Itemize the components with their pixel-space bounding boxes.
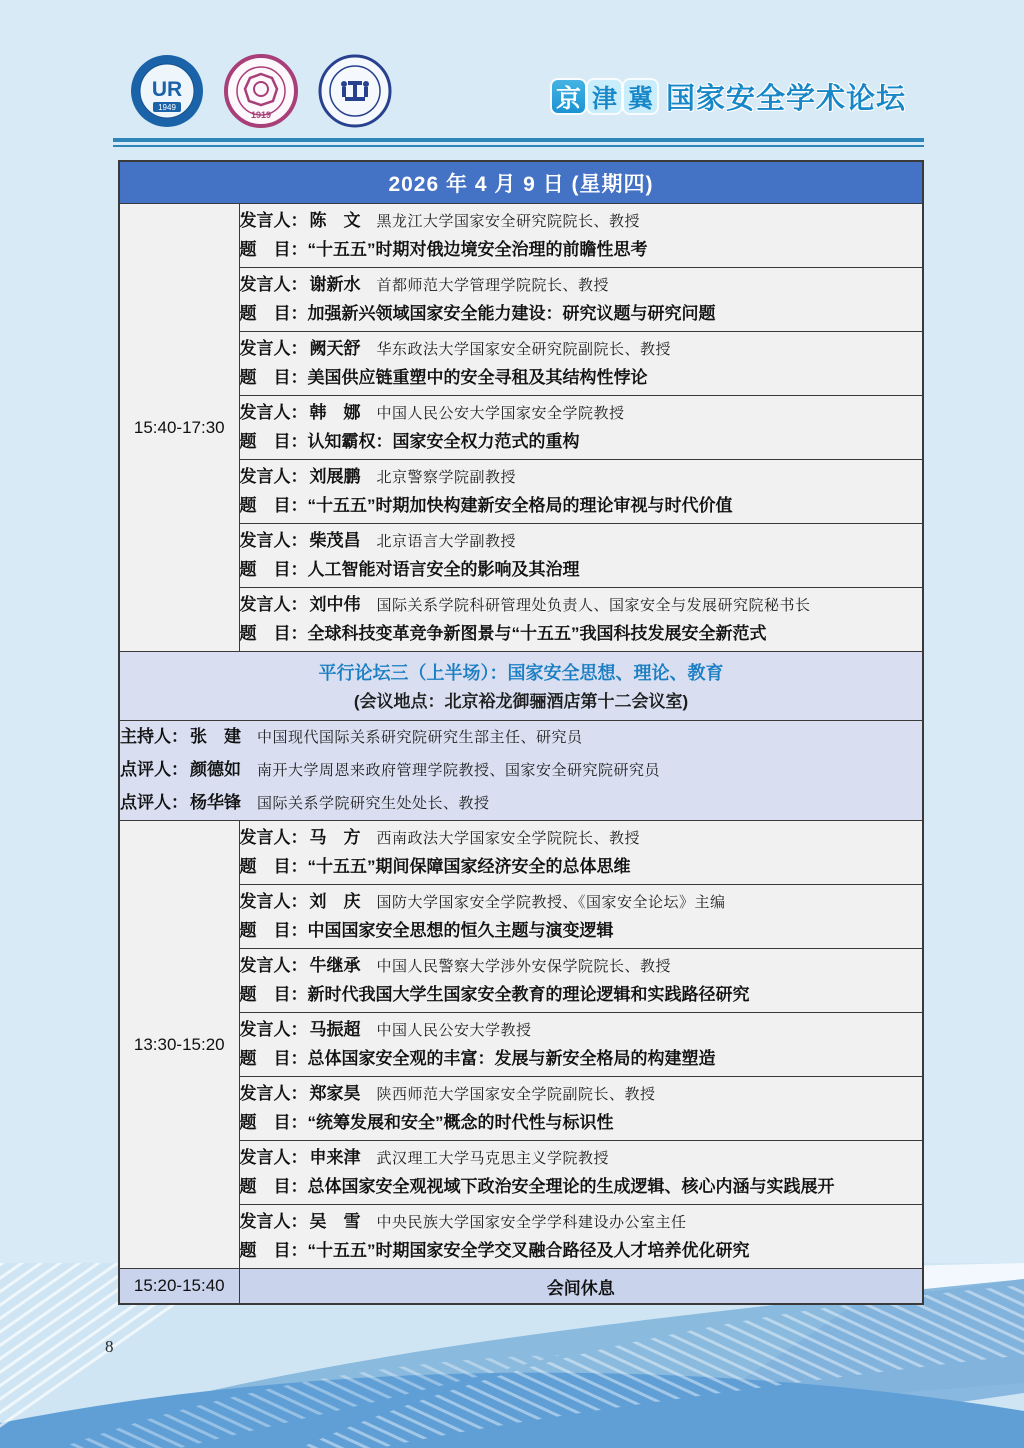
page-number: 8 bbox=[105, 1337, 114, 1357]
speaker-label: 发言人： bbox=[240, 1148, 308, 1167]
hebut-logo bbox=[318, 54, 392, 128]
topic-line: 题 目：总体国家安全观视域下政治安全理论的生成逻辑、核心内涵与实践展开 bbox=[240, 1173, 923, 1201]
speaker-line: 发言人：吴 雪中央民族大学国家安全学学科建设办公室主任 bbox=[240, 1208, 923, 1237]
forum-header-row: 平行论坛三（上半场）：国家安全思想、理论、教育(会议地点：北京裕龙御骊酒店第十二… bbox=[119, 652, 923, 721]
speaker-line: 发言人：刘中伟国际关系学院科研管理处负责人、国家安全与发展研究院秘书长 bbox=[240, 591, 923, 620]
talk-row: 发言人：吴 雪中央民族大学国家安全学学科建设办公室主任题 目：“十五五”时期国家… bbox=[119, 1205, 923, 1269]
speaker-affiliation: 华东政法大学国家安全研究院副院长、教授 bbox=[377, 342, 672, 358]
panel-affiliation: 南开大学周恩来政府管理学院教授、国家安全研究院研究员 bbox=[257, 763, 660, 779]
panel-role-label: 点评人： bbox=[120, 760, 188, 779]
forum-header-title: 平行论坛三（上半场）：国家安全思想、理论、教育 bbox=[120, 658, 922, 688]
topic-label: 题 目： bbox=[240, 368, 308, 387]
talk-row: 发言人：申来津武汉理工大学马克思主义学院教授题 目：总体国家安全观视域下政治安全… bbox=[119, 1141, 923, 1205]
talk-cell: 发言人：阙天舒华东政法大学国家安全研究院副院长、教授题 目：美国供应链重塑中的安… bbox=[239, 332, 923, 396]
topic-label: 题 目： bbox=[240, 921, 308, 940]
talk-row: 15:40-17:30发言人：陈 文黑龙江大学国家安全研究院院长、教授题 目：“… bbox=[119, 204, 923, 268]
topic-text: “十五五”时期加快构建新安全格局的理论审视与时代价值 bbox=[308, 496, 733, 515]
logo-strip: UR 1949 1919 bbox=[130, 54, 392, 128]
talk-cell: 发言人：陈 文黑龙江大学国家安全研究院院长、教授题 目：“十五五”时期对俄边境安… bbox=[239, 204, 923, 268]
speaker-affiliation: 北京语言大学副教授 bbox=[377, 534, 517, 550]
topic-line: 题 目：中国国家安全思想的恒久主题与演变逻辑 bbox=[240, 917, 923, 945]
speaker-label: 发言人： bbox=[240, 1212, 308, 1231]
talk-row: 发言人：郑家昊陕西师范大学国家安全学院副院长、教授题 目：“统筹发展和安全”概念… bbox=[119, 1077, 923, 1141]
talk-row: 发言人：牛继承中国人民警察大学涉外安保学院院长、教授题 目：新时代我国大学生国家… bbox=[119, 949, 923, 1013]
forum-header-location: (会议地点：北京裕龙御骊酒店第十二会议室) bbox=[120, 688, 922, 715]
panel-row: 主持人：张 建中国现代国际关系研究院研究生部主任、研究员点评人：颜德如南开大学周… bbox=[119, 721, 923, 821]
speaker-line: 发言人：刘 庆国防大学国家安全学院教授、《国家安全论坛》主编 bbox=[240, 888, 923, 917]
talk-row: 发言人：马振超中国人民公安大学教授题 目：总体国家安全观的丰富：发展与新安全格局… bbox=[119, 1013, 923, 1077]
speaker-label: 发言人： bbox=[240, 595, 308, 614]
session-time: 15:40-17:30 bbox=[119, 204, 239, 652]
break-time: 15:20-15:40 bbox=[119, 1269, 239, 1305]
speaker-label: 发言人： bbox=[240, 1084, 308, 1103]
topic-text: “十五五”期间保障国家经济安全的总体思维 bbox=[308, 857, 631, 876]
speaker-line: 发言人：阙天舒华东政法大学国家安全研究院副院长、教授 bbox=[240, 335, 923, 364]
topic-label: 题 目： bbox=[240, 304, 308, 323]
topic-text: 美国供应链重塑中的安全寻租及其结构性悖论 bbox=[308, 368, 648, 387]
talk-row: 发言人：谢新水首都师范大学管理学院院长、教授题 目：加强新兴领域国家安全能力建设… bbox=[119, 268, 923, 332]
topic-label: 题 目： bbox=[240, 1049, 308, 1068]
talk-cell: 发言人：谢新水首都师范大学管理学院院长、教授题 目：加强新兴领域国家安全能力建设… bbox=[239, 268, 923, 332]
panel-line: 点评人：杨华锋国际关系学院研究生处处长、教授 bbox=[120, 787, 922, 820]
topic-line: 题 目：“统筹发展和安全”概念的时代性与标识性 bbox=[240, 1109, 923, 1137]
uir-logo: UR 1949 bbox=[130, 54, 204, 128]
speaker-line: 发言人：牛继承中国人民警察大学涉外安保学院院长、教授 bbox=[240, 952, 923, 981]
speaker-affiliation: 中国人民公安大学国家安全学院教授 bbox=[377, 406, 625, 422]
header-divider bbox=[113, 138, 924, 147]
speaker-affiliation: 西南政法大学国家安全学院院长、教授 bbox=[377, 831, 641, 847]
topic-line: 题 目：“十五五”时期对俄边境安全治理的前瞻性思考 bbox=[240, 236, 923, 264]
speaker-affiliation: 武汉理工大学马克思主义学院教授 bbox=[377, 1151, 610, 1167]
topic-label: 题 目： bbox=[240, 240, 308, 259]
speaker-name: 牛继承 bbox=[310, 956, 361, 975]
date-banner-row: 2026 年 4 月 9 日 (星期四) bbox=[119, 161, 923, 204]
talk-row: 发言人：阙天舒华东政法大学国家安全研究院副院长、教授题 目：美国供应链重塑中的安… bbox=[119, 332, 923, 396]
panel-affiliation: 中国现代国际关系研究院研究生部主任、研究员 bbox=[257, 730, 583, 746]
speaker-name: 刘中伟 bbox=[310, 595, 361, 614]
speaker-affiliation: 陕西师范大学国家安全学院副院长、教授 bbox=[377, 1087, 656, 1103]
speaker-affiliation: 国防大学国家安全学院教授、《国家安全论坛》主编 bbox=[377, 895, 726, 911]
date-banner: 2026 年 4 月 9 日 (星期四) bbox=[119, 161, 923, 204]
panel-line: 主持人：张 建中国现代国际关系研究院研究生部主任、研究员 bbox=[120, 721, 922, 754]
speaker-affiliation: 黑龙江大学国家安全研究院院长、教授 bbox=[377, 214, 641, 230]
talk-row: 发言人：韩 娜中国人民公安大学国家安全学院教授题 目：认知霸权：国家安全权力范式… bbox=[119, 396, 923, 460]
topic-label: 题 目： bbox=[240, 857, 308, 876]
svg-text:1919: 1919 bbox=[251, 110, 271, 120]
topic-line: 题 目：“十五五”时期国家安全学交叉融合路径及人才培养优化研究 bbox=[240, 1237, 923, 1265]
speaker-line: 发言人：刘展鹏北京警察学院副教授 bbox=[240, 463, 923, 492]
topic-text: “统筹发展和安全”概念的时代性与标识性 bbox=[308, 1113, 614, 1132]
talk-cell: 发言人：刘 庆国防大学国家安全学院教授、《国家安全论坛》主编题 目：中国国家安全… bbox=[239, 885, 923, 949]
talk-row: 发言人：刘展鹏北京警察学院副教授题 目：“十五五”时期加快构建新安全格局的理论审… bbox=[119, 460, 923, 524]
topic-label: 题 目： bbox=[240, 560, 308, 579]
panel-affiliation: 国际关系学院研究生处处长、教授 bbox=[257, 796, 490, 812]
topic-line: 题 目：加强新兴领域国家安全能力建设：研究议题与研究问题 bbox=[240, 300, 923, 328]
topic-line: 题 目：人工智能对语言安全的影响及其治理 bbox=[240, 556, 923, 584]
topic-line: 题 目：“十五五”期间保障国家经济安全的总体思维 bbox=[240, 853, 923, 881]
topic-line: 题 目：认知霸权：国家安全权力范式的重构 bbox=[240, 428, 923, 456]
talk-row: 发言人：刘中伟国际关系学院科研管理处负责人、国家安全与发展研究院秘书长题 目：全… bbox=[119, 588, 923, 652]
break-label: 会间休息 bbox=[239, 1269, 923, 1305]
topic-text: “十五五”时期国家安全学交叉融合路径及人才培养优化研究 bbox=[308, 1241, 750, 1260]
topic-line: 题 目：“十五五”时期加快构建新安全格局的理论审视与时代价值 bbox=[240, 492, 923, 520]
speaker-line: 发言人：陈 文黑龙江大学国家安全研究院院长、教授 bbox=[240, 207, 923, 236]
topic-line: 题 目：总体国家安全观的丰富：发展与新安全格局的构建塑造 bbox=[240, 1045, 923, 1073]
speaker-affiliation: 中央民族大学国家安全学学科建设办公室主任 bbox=[377, 1215, 687, 1231]
speaker-affiliation: 国际关系学院科研管理处负责人、国家安全与发展研究院秘书长 bbox=[377, 598, 811, 614]
topic-text: 认知霸权：国家安全权力范式的重构 bbox=[308, 432, 580, 451]
panel-role-label: 点评人： bbox=[120, 793, 188, 812]
speaker-label: 发言人： bbox=[240, 339, 308, 358]
speaker-affiliation: 北京警察学院副教授 bbox=[377, 470, 517, 486]
talk-cell: 发言人：刘展鹏北京警察学院副教授题 目：“十五五”时期加快构建新安全格局的理论审… bbox=[239, 460, 923, 524]
speaker-affiliation: 首都师范大学管理学院院长、教授 bbox=[377, 278, 610, 294]
panel-cell: 主持人：张 建中国现代国际关系研究院研究生部主任、研究员点评人：颜德如南开大学周… bbox=[119, 721, 923, 821]
speaker-line: 发言人：郑家昊陕西师范大学国家安全学院副院长、教授 bbox=[240, 1080, 923, 1109]
talk-cell: 发言人：刘中伟国际关系学院科研管理处负责人、国家安全与发展研究院秘书长题 目：全… bbox=[239, 588, 923, 652]
talk-cell: 发言人：郑家昊陕西师范大学国家安全学院副院长、教授题 目：“统筹发展和安全”概念… bbox=[239, 1077, 923, 1141]
topic-text: 全球科技变革竞争新图景与“十五五”我国科技发展安全新范式 bbox=[308, 624, 767, 643]
program-page: UR 1949 1919 京 津 冀 国家安全学术论坛 bbox=[0, 0, 1024, 1448]
topic-text: 中国国家安全思想的恒久主题与演变逻辑 bbox=[308, 921, 614, 940]
speaker-label: 发言人： bbox=[240, 828, 308, 847]
topic-label: 题 目： bbox=[240, 1113, 308, 1132]
talk-cell: 发言人：申来津武汉理工大学马克思主义学院教授题 目：总体国家安全观视域下政治安全… bbox=[239, 1141, 923, 1205]
talk-cell: 发言人：韩 娜中国人民公安大学国家安全学院教授题 目：认知霸权：国家安全权力范式… bbox=[239, 396, 923, 460]
topic-line: 题 目：全球科技变革竞争新图景与“十五五”我国科技发展安全新范式 bbox=[240, 620, 923, 648]
speaker-label: 发言人： bbox=[240, 467, 308, 486]
panel-line: 点评人：颜德如南开大学周恩来政府管理学院教授、国家安全研究院研究员 bbox=[120, 754, 922, 787]
speaker-name: 谢新水 bbox=[310, 275, 361, 294]
badge-jin: 津 bbox=[588, 80, 621, 113]
speaker-name: 马 方 bbox=[310, 828, 361, 847]
speaker-label: 发言人： bbox=[240, 1020, 308, 1039]
speaker-line: 发言人：申来津武汉理工大学马克思主义学院教授 bbox=[240, 1144, 923, 1173]
topic-text: 加强新兴领域国家安全能力建设：研究议题与研究问题 bbox=[308, 304, 716, 323]
topic-text: “十五五”时期对俄边境安全治理的前瞻性思考 bbox=[308, 240, 648, 259]
speaker-name: 韩 娜 bbox=[310, 403, 361, 422]
forum-header-cell: 平行论坛三（上半场）：国家安全思想、理论、教育(会议地点：北京裕龙御骊酒店第十二… bbox=[119, 652, 923, 721]
svg-text:UR: UR bbox=[152, 78, 182, 101]
talk-row: 发言人：柴茂昌北京语言大学副教授题 目：人工智能对语言安全的影响及其治理 bbox=[119, 524, 923, 588]
speaker-name: 郑家昊 bbox=[310, 1084, 361, 1103]
topic-label: 题 目： bbox=[240, 432, 308, 451]
schedule-table: 2026 年 4 月 9 日 (星期四)15:40-17:30发言人：陈 文黑龙… bbox=[118, 160, 924, 1305]
speaker-line: 发言人：韩 娜中国人民公安大学国家安全学院教授 bbox=[240, 399, 923, 428]
speaker-name: 吴 雪 bbox=[310, 1212, 361, 1231]
topic-label: 题 目： bbox=[240, 496, 308, 515]
panel-role-label: 主持人： bbox=[120, 727, 188, 746]
talk-cell: 发言人：牛继承中国人民警察大学涉外安保学院院长、教授题 目：新时代我国大学生国家… bbox=[239, 949, 923, 1013]
topic-line: 题 目：新时代我国大学生国家安全教育的理论逻辑和实践路径研究 bbox=[240, 981, 923, 1009]
speaker-label: 发言人： bbox=[240, 956, 308, 975]
badge-ji: 冀 bbox=[624, 80, 657, 113]
speaker-affiliation: 中国人民警察大学涉外安保学院院长、教授 bbox=[377, 959, 672, 975]
topic-text: 总体国家安全观的丰富：发展与新安全格局的构建塑造 bbox=[308, 1049, 716, 1068]
topic-text: 新时代我国大学生国家安全教育的理论逻辑和实践路径研究 bbox=[308, 985, 750, 1004]
speaker-label: 发言人： bbox=[240, 892, 308, 911]
speaker-name: 刘展鹏 bbox=[310, 467, 361, 486]
talk-cell: 发言人：马 方西南政法大学国家安全学院院长、教授题 目：“十五五”期间保障国家经… bbox=[239, 821, 923, 885]
talk-cell: 发言人：马振超中国人民公安大学教授题 目：总体国家安全观的丰富：发展与新安全格局… bbox=[239, 1013, 923, 1077]
speaker-label: 发言人： bbox=[240, 531, 308, 550]
speaker-label: 发言人： bbox=[240, 275, 308, 294]
talk-row: 发言人：刘 庆国防大学国家安全学院教授、《国家安全论坛》主编题 目：中国国家安全… bbox=[119, 885, 923, 949]
badge-jing: 京 bbox=[552, 80, 585, 113]
speaker-label: 发言人： bbox=[240, 403, 308, 422]
forum-wordmark: 京 津 冀 国家安全学术论坛 bbox=[552, 76, 906, 117]
speaker-line: 发言人：柴茂昌北京语言大学副教授 bbox=[240, 527, 923, 556]
talk-cell: 发言人：柴茂昌北京语言大学副教授题 目：人工智能对语言安全的影响及其治理 bbox=[239, 524, 923, 588]
speaker-line: 发言人：谢新水首都师范大学管理学院院长、教授 bbox=[240, 271, 923, 300]
topic-label: 题 目： bbox=[240, 985, 308, 1004]
panel-name: 张 建 bbox=[190, 727, 241, 746]
speaker-name: 柴茂昌 bbox=[310, 531, 361, 550]
panel-name: 杨华锋 bbox=[190, 793, 241, 812]
topic-text: 人工智能对语言安全的影响及其治理 bbox=[308, 560, 580, 579]
talk-cell: 发言人：吴 雪中央民族大学国家安全学学科建设办公室主任题 目：“十五五”时期国家… bbox=[239, 1205, 923, 1269]
speaker-line: 发言人：马 方西南政法大学国家安全学院院长、教授 bbox=[240, 824, 923, 853]
session-time: 13:30-15:20 bbox=[119, 821, 239, 1269]
topic-text: 总体国家安全观视域下政治安全理论的生成逻辑、核心内涵与实践展开 bbox=[308, 1177, 835, 1196]
speaker-label: 发言人： bbox=[240, 211, 308, 230]
nankai-logo: 1919 bbox=[224, 54, 298, 128]
svg-text:1949: 1949 bbox=[158, 103, 176, 112]
topic-line: 题 目：美国供应链重塑中的安全寻租及其结构性悖论 bbox=[240, 364, 923, 392]
speaker-name: 申来津 bbox=[310, 1148, 361, 1167]
talk-row: 13:30-15:20发言人：马 方西南政法大学国家安全学院院长、教授题 目：“… bbox=[119, 821, 923, 885]
forum-title: 国家安全学术论坛 bbox=[666, 76, 906, 117]
topic-label: 题 目： bbox=[240, 624, 308, 643]
break-row: 15:20-15:40会间休息 bbox=[119, 1269, 923, 1305]
speaker-line: 发言人：马振超中国人民公安大学教授 bbox=[240, 1016, 923, 1045]
speaker-name: 陈 文 bbox=[310, 211, 361, 230]
panel-name: 颜德如 bbox=[190, 760, 241, 779]
topic-label: 题 目： bbox=[240, 1177, 308, 1196]
topic-label: 题 目： bbox=[240, 1241, 308, 1260]
speaker-name: 马振超 bbox=[310, 1020, 361, 1039]
speaker-affiliation: 中国人民公安大学教授 bbox=[377, 1023, 532, 1039]
speaker-name: 刘 庆 bbox=[310, 892, 361, 911]
speaker-name: 阙天舒 bbox=[310, 339, 361, 358]
